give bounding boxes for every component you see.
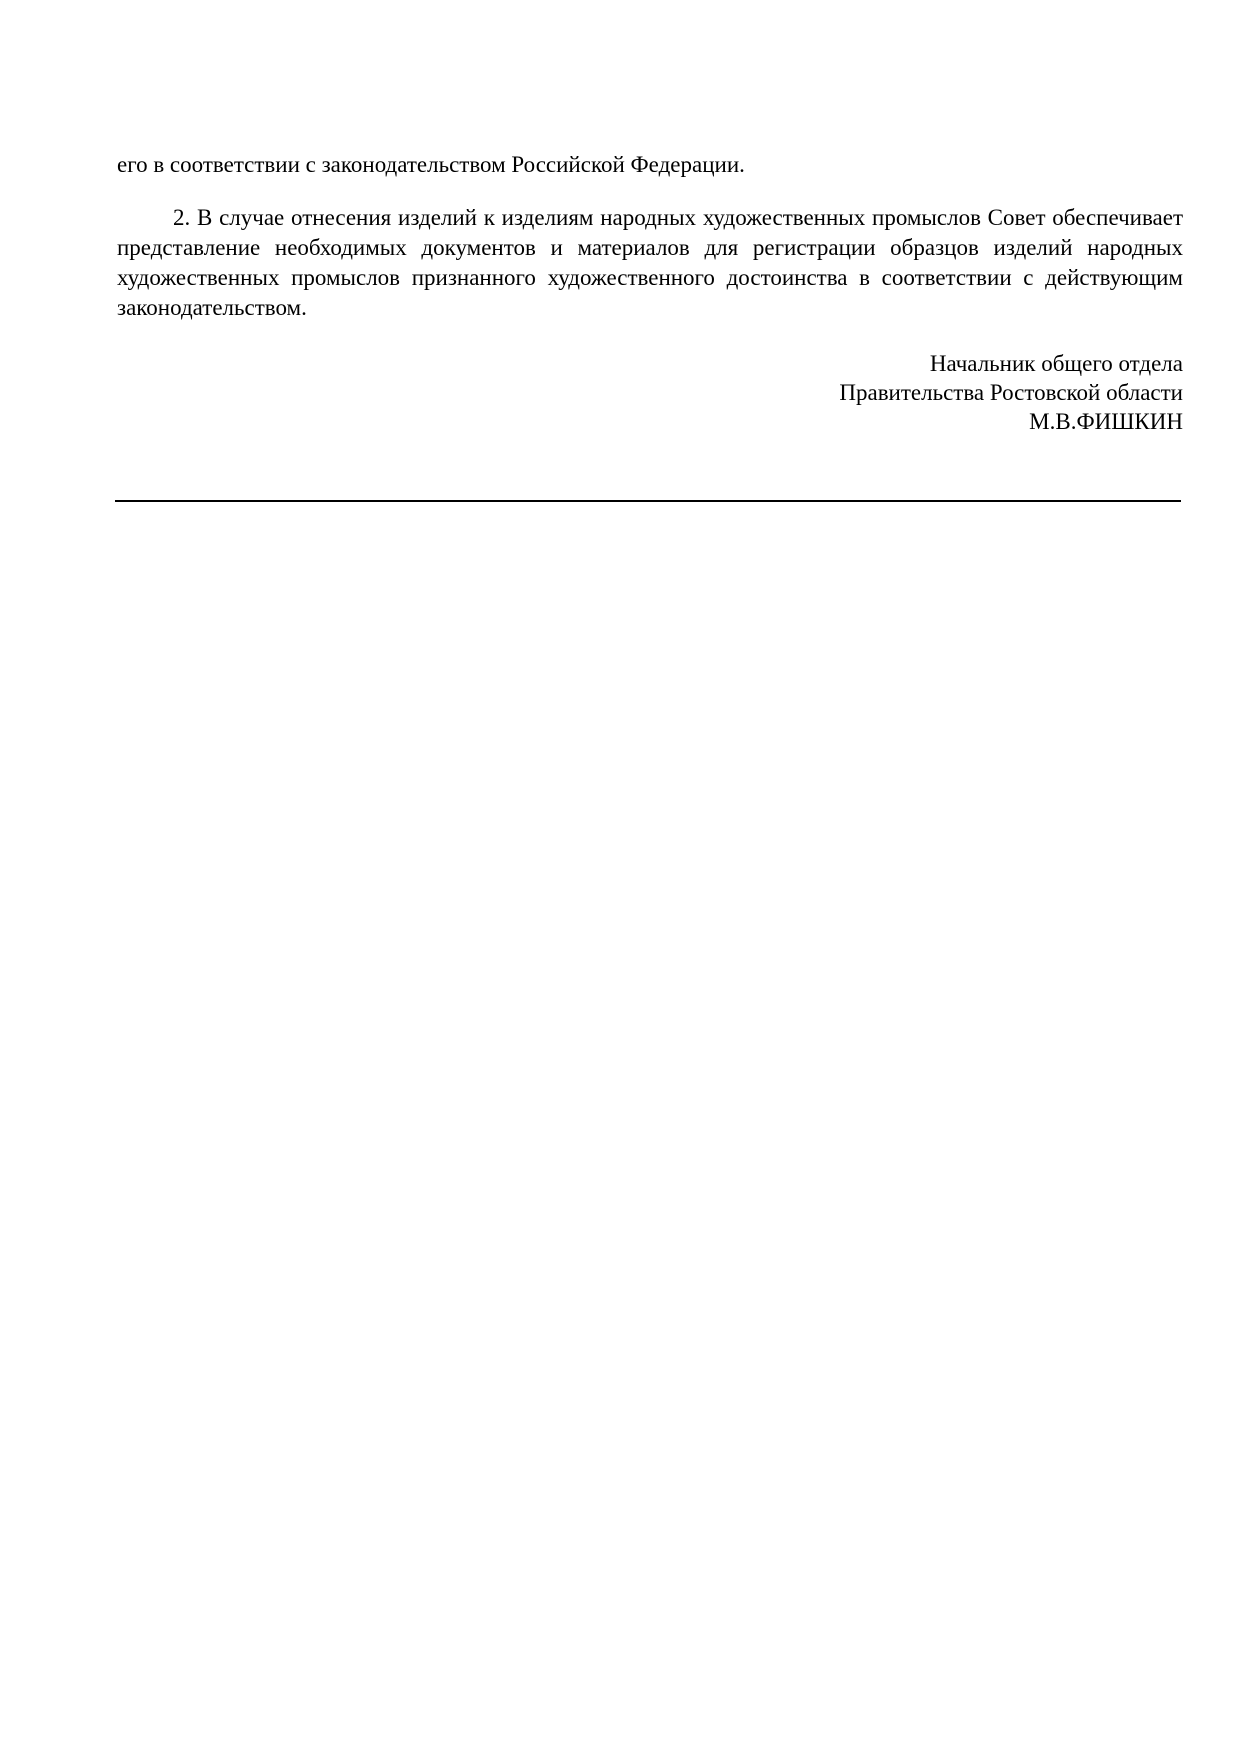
- signature-block: Начальник общего отдела Правительства Ро…: [839, 349, 1183, 436]
- signature-position-line-1: Начальник общего отдела: [839, 349, 1183, 378]
- continuation-text: его в соответствии с законодательством Р…: [117, 150, 745, 180]
- signature-name: М.В.ФИШКИН: [839, 407, 1183, 436]
- signature-position-line-2: Правительства Ростовской области: [839, 378, 1183, 407]
- horizontal-rule-divider: [115, 500, 1181, 502]
- paragraph-2: 2. В случае отнесения изделий к изделиям…: [117, 203, 1183, 323]
